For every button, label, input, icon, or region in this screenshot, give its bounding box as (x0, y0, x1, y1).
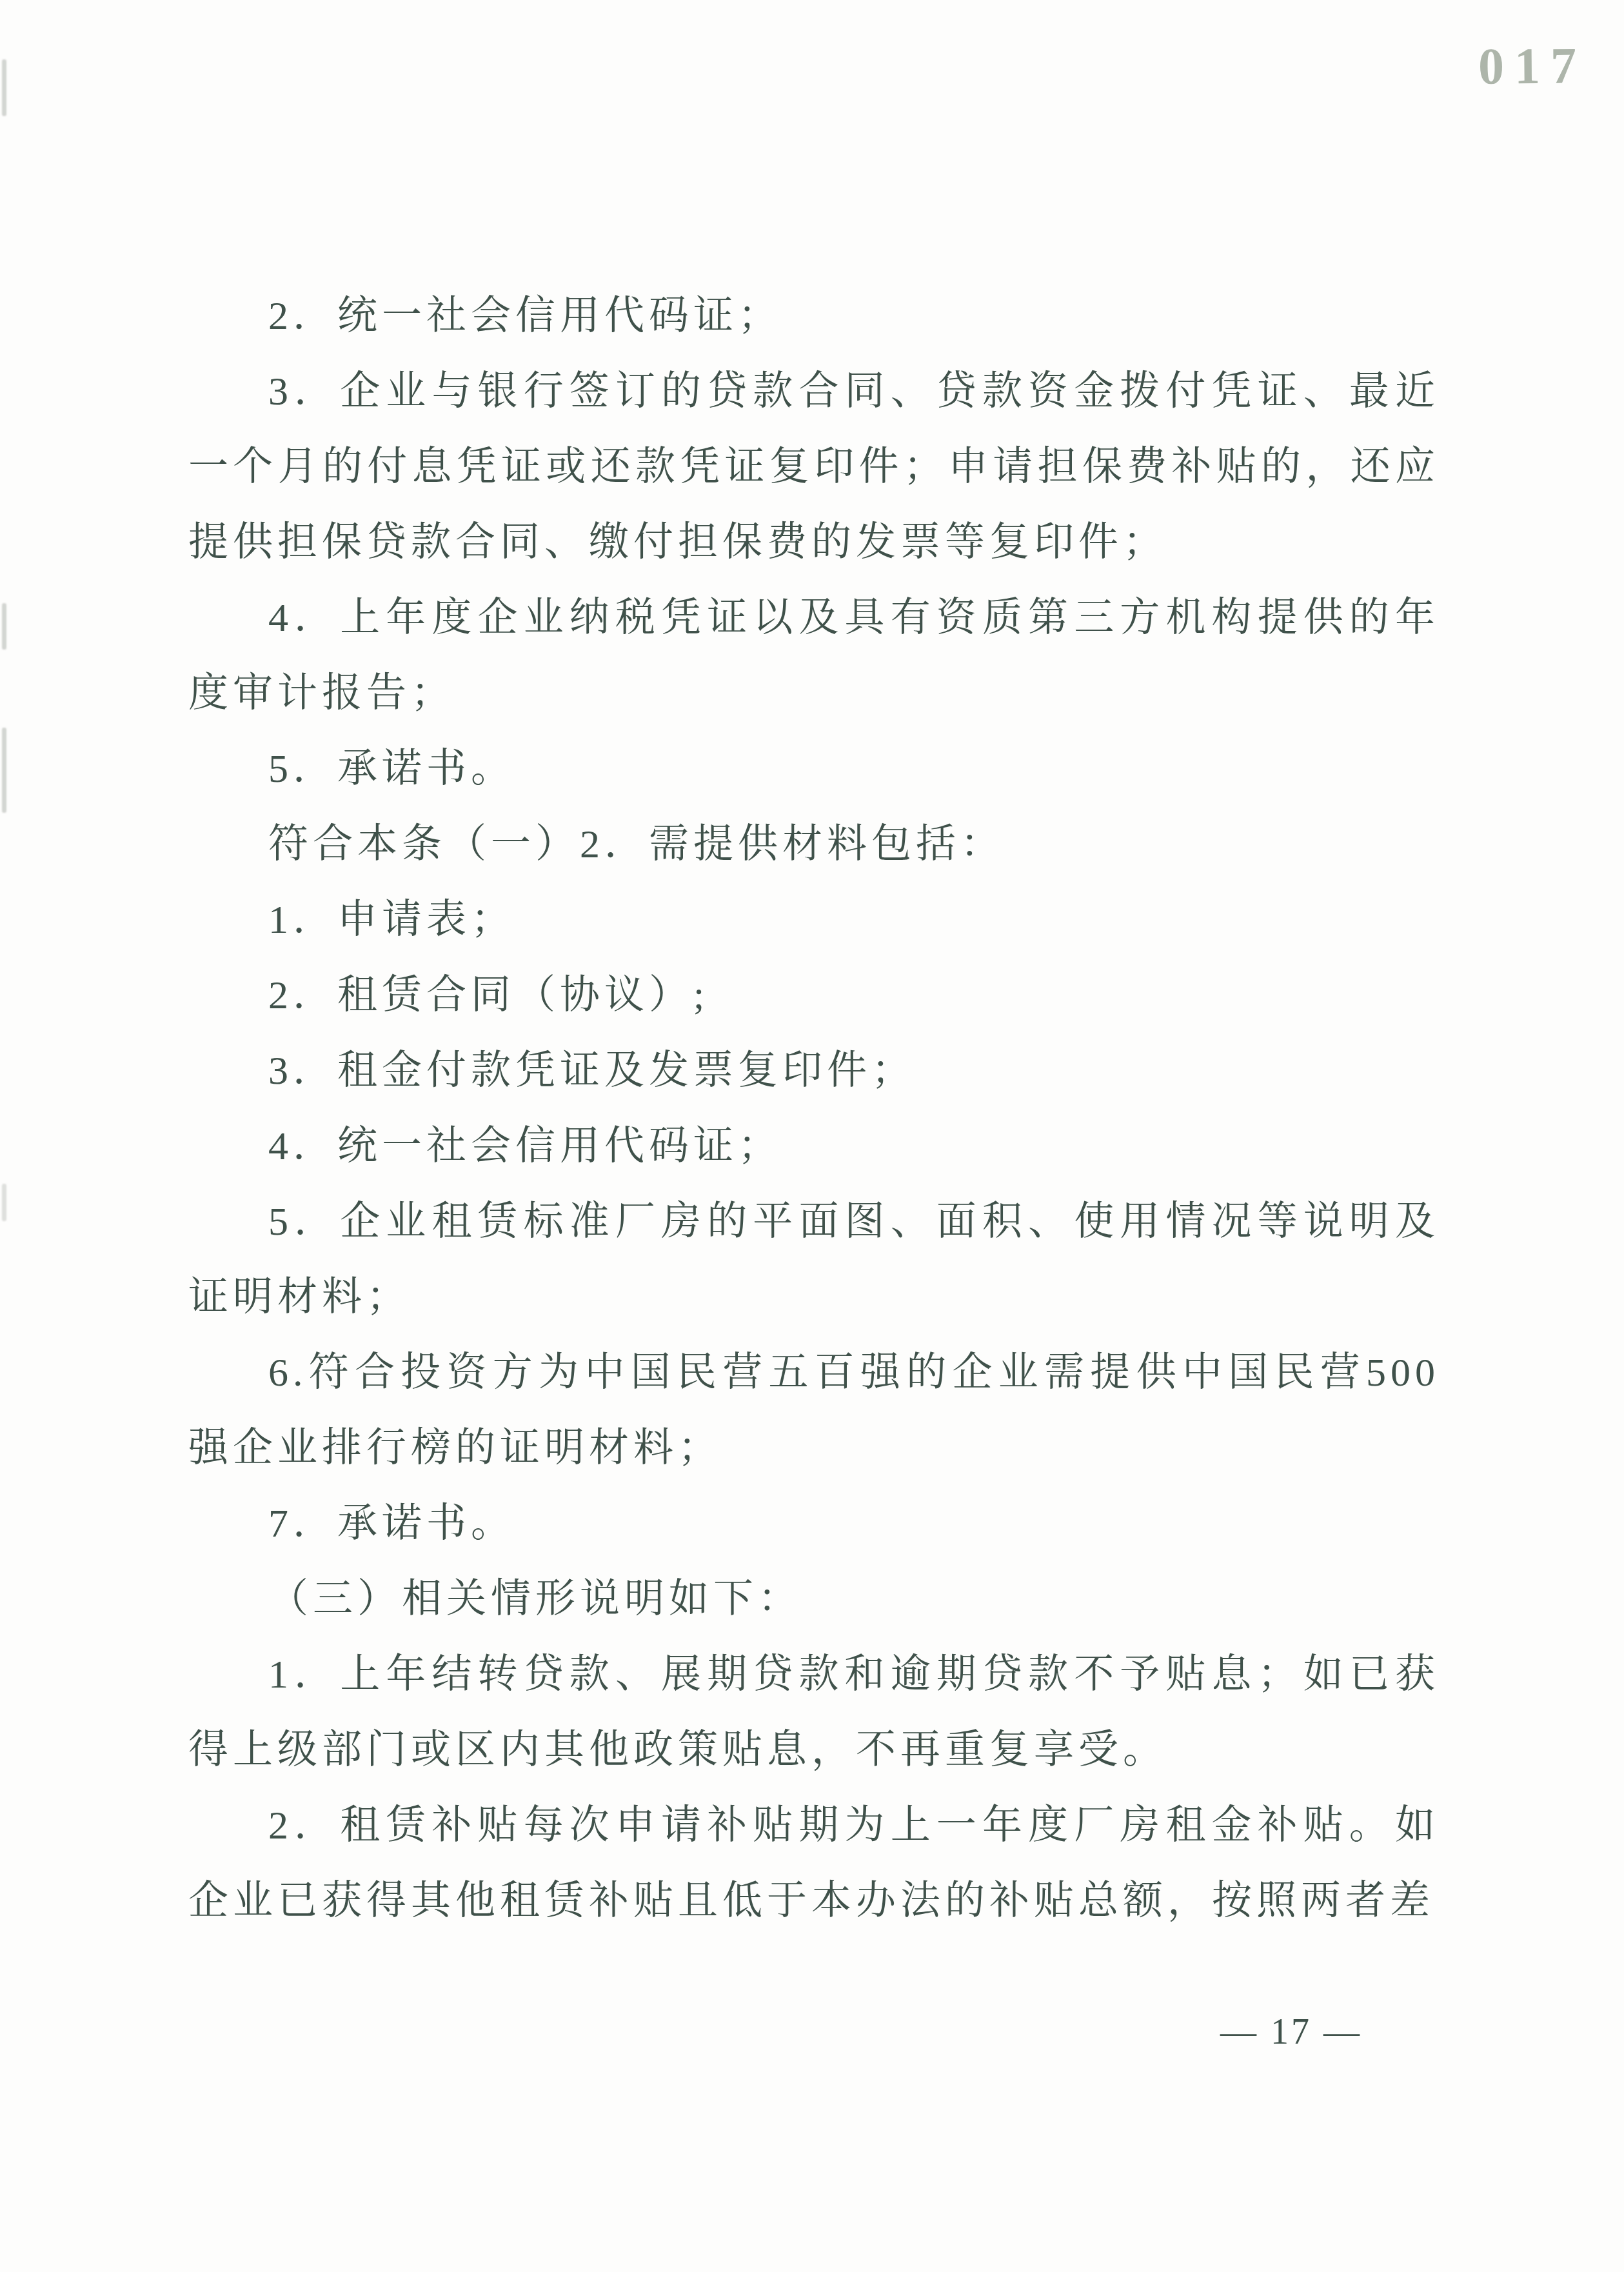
paragraph: 4．上年度企业纳税凭证以及具有资质第三方机构提供的年度审计报告； (188, 581, 1440, 732)
scan-artifact (2, 59, 6, 116)
paragraph: 4．统一社会信用代码证； (188, 1109, 1440, 1184)
paragraph: 符合本条（一）2．需提供材料包括： (188, 807, 1440, 882)
paragraph: 7．承诺书。 (188, 1486, 1440, 1562)
paragraph: 1．申请表； (188, 882, 1440, 958)
paragraph: 3．租金付款凭证及发票复印件； (188, 1033, 1440, 1109)
scan-artifact (2, 603, 6, 650)
paragraph: 6.符合投资方为中国民营五百强的企业需提供中国民营500强企业排行榜的证明材料； (188, 1335, 1440, 1486)
document-body: 2．统一社会信用代码证；3．企业与银行签订的贷款合同、贷款资金拨付凭证、最近一个… (188, 279, 1440, 1939)
paragraph: 5．企业租赁标准厂房的平面图、面积、使用情况等说明及证明材料； (188, 1184, 1440, 1335)
paragraph: 2．租赁补贴每次申请补贴期为上一年度厂房租金补贴。如企业已获得其他租赁补贴且低于… (188, 1788, 1440, 1939)
paragraph: 1．上年结转贷款、展期贷款和逾期贷款不予贴息；如已获得上级部门或区内其他政策贴息… (188, 1637, 1440, 1788)
scan-artifact (2, 1184, 6, 1221)
paragraph: 5．承诺书。 (188, 732, 1440, 807)
scanned-document-page: 017 2．统一社会信用代码证；3．企业与银行签订的贷款合同、贷款资金拨付凭证、… (0, 0, 1624, 2272)
paragraph: 2．统一社会信用代码证； (188, 279, 1440, 354)
paragraph: （三）相关情形说明如下： (188, 1562, 1440, 1637)
stamped-page-number: 017 (1478, 37, 1587, 96)
page-number: — 17 — (1188, 2011, 1394, 2053)
paragraph: 3．企业与银行签订的贷款合同、贷款资金拨付凭证、最近一个月的付息凭证或还款凭证复… (188, 354, 1440, 581)
scan-artifact (2, 728, 6, 813)
paragraph: 2．租赁合同（协议）; (188, 958, 1440, 1033)
